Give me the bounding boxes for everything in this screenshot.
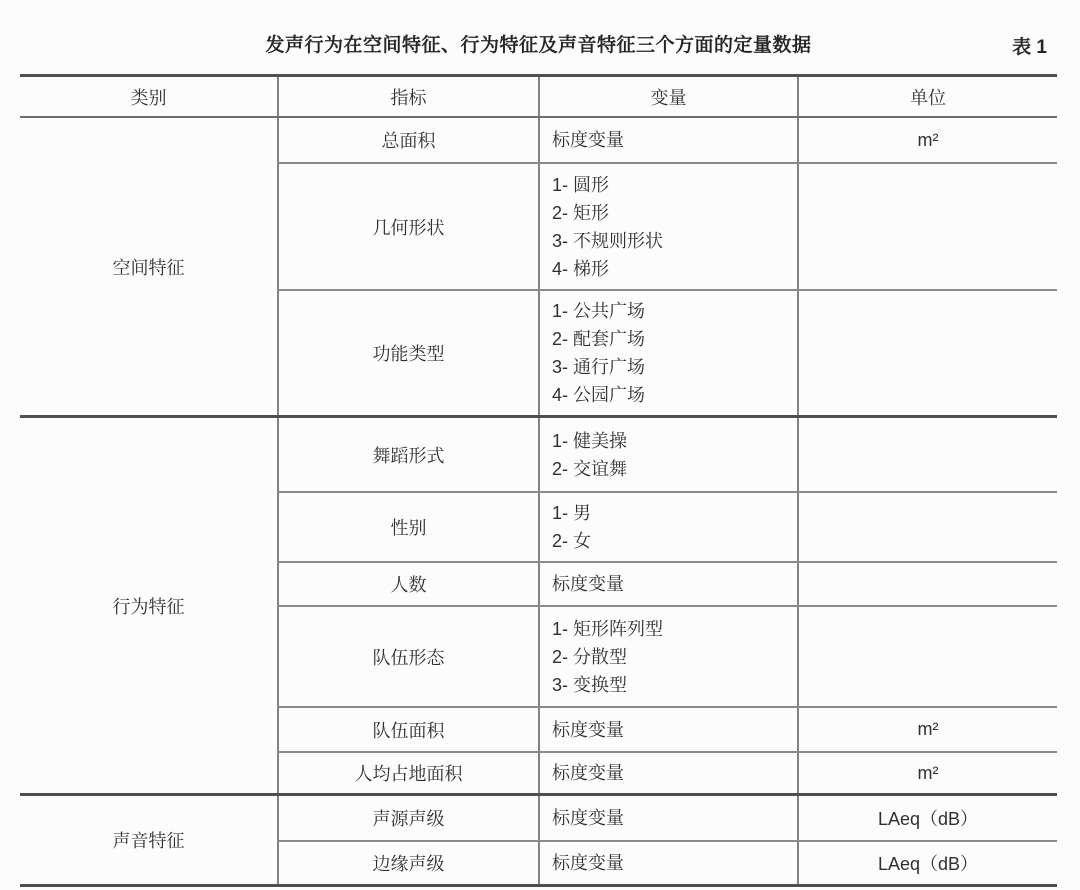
indicator-cell: 队伍形态 (278, 606, 539, 707)
column-header-category: 类别 (20, 76, 278, 118)
table-title: 发声行为在空间特征、行为特征及声音特征三个方面的定量数据 (265, 30, 811, 57)
indicator-cell: 舞蹈形式 (278, 417, 539, 493)
unit-cell: m² (798, 117, 1057, 163)
variable-cell: 标度变量 (539, 795, 798, 842)
indicator-cell: 人数 (278, 562, 539, 606)
variable-cell: 1- 矩形阵列型 2- 分散型 3- 变换型 (539, 606, 798, 707)
table-row: 声音特征 声源声级 标度变量 LAeq（dB） (20, 795, 1057, 842)
table-sheet: 发声行为在空间特征、行为特征及声音特征三个方面的定量数据 表 1 类别 指标 变… (20, 0, 1057, 887)
variable-line: 3- 不规则形状 (552, 227, 797, 255)
variable-cell: 标度变量 (539, 707, 798, 752)
variable-line: 1- 圆形 (552, 171, 797, 199)
variable-cell: 标度变量 (539, 841, 798, 886)
variable-line: 1- 矩形阵列型 (552, 615, 797, 643)
unit-cell (798, 417, 1057, 493)
variable-line: 1- 公共广场 (552, 297, 797, 325)
indicator-cell: 总面积 (278, 117, 539, 163)
unit-cell: LAeq（dB） (798, 841, 1057, 886)
quantitative-data-table: 类别 指标 变量 单位 空间特征 总面积 标度变量 m² 几何形状 (20, 74, 1057, 887)
unit-cell (798, 492, 1057, 562)
indicator-cell: 声源声级 (278, 795, 539, 842)
indicator-cell: 队伍面积 (278, 707, 539, 752)
indicator-cell: 性别 (278, 492, 539, 562)
variable-cell: 1- 男 2- 女 (539, 492, 798, 562)
variable-line: 2- 配套广场 (552, 325, 797, 353)
header-row: 类别 指标 变量 单位 (20, 76, 1057, 118)
variable-line: 标度变量 (552, 849, 797, 877)
indicator-cell: 几何形状 (278, 163, 539, 290)
category-cell-sound: 声音特征 (20, 795, 278, 886)
table-title-bar: 发声行为在空间特征、行为特征及声音特征三个方面的定量数据 表 1 (20, 0, 1057, 74)
unit-cell: m² (798, 752, 1057, 795)
unit-cell (798, 290, 1057, 417)
unit-cell (798, 606, 1057, 707)
unit-cell: LAeq（dB） (798, 795, 1057, 842)
variable-line: 标度变量 (552, 570, 797, 598)
variable-line: 标度变量 (552, 804, 797, 832)
document-page: 发声行为在空间特征、行为特征及声音特征三个方面的定量数据 表 1 类别 指标 变… (0, 0, 1080, 890)
column-header-indicator: 指标 (278, 76, 539, 118)
variable-line: 标度变量 (552, 126, 797, 154)
variable-cell: 1- 圆形 2- 矩形 3- 不规则形状 4- 梯形 (539, 163, 798, 290)
category-cell-spatial: 空间特征 (20, 117, 278, 417)
variable-line: 3- 变换型 (552, 671, 797, 699)
variable-cell: 标度变量 (539, 752, 798, 795)
unit-cell (798, 163, 1057, 290)
unit-cell: m² (798, 707, 1057, 752)
variable-line: 3- 通行广场 (552, 353, 797, 381)
column-header-unit: 单位 (798, 76, 1057, 118)
category-cell-behavior: 行为特征 (20, 417, 278, 795)
variable-line: 4- 梯形 (552, 255, 797, 283)
table-number-label: 表 1 (1012, 32, 1047, 59)
table-row: 行为特征 舞蹈形式 1- 健美操 2- 交谊舞 (20, 417, 1057, 493)
variable-line: 2- 女 (552, 527, 797, 555)
indicator-cell: 边缘声级 (278, 841, 539, 886)
variable-cell: 标度变量 (539, 117, 798, 163)
variable-line: 标度变量 (552, 716, 797, 744)
indicator-cell: 功能类型 (278, 290, 539, 417)
variable-line: 4- 公园广场 (552, 381, 797, 409)
table-row: 空间特征 总面积 标度变量 m² (20, 117, 1057, 163)
variable-line: 2- 矩形 (552, 199, 797, 227)
variable-line: 1- 健美操 (552, 427, 797, 455)
variable-line: 标度变量 (552, 759, 797, 787)
unit-cell (798, 562, 1057, 606)
variable-line: 2- 交谊舞 (552, 455, 797, 483)
variable-cell: 1- 健美操 2- 交谊舞 (539, 417, 798, 493)
variable-cell: 标度变量 (539, 562, 798, 606)
column-header-variable: 变量 (539, 76, 798, 118)
variable-line: 2- 分散型 (552, 643, 797, 671)
variable-cell: 1- 公共广场 2- 配套广场 3- 通行广场 4- 公园广场 (539, 290, 798, 417)
variable-line: 1- 男 (552, 499, 797, 527)
indicator-cell: 人均占地面积 (278, 752, 539, 795)
